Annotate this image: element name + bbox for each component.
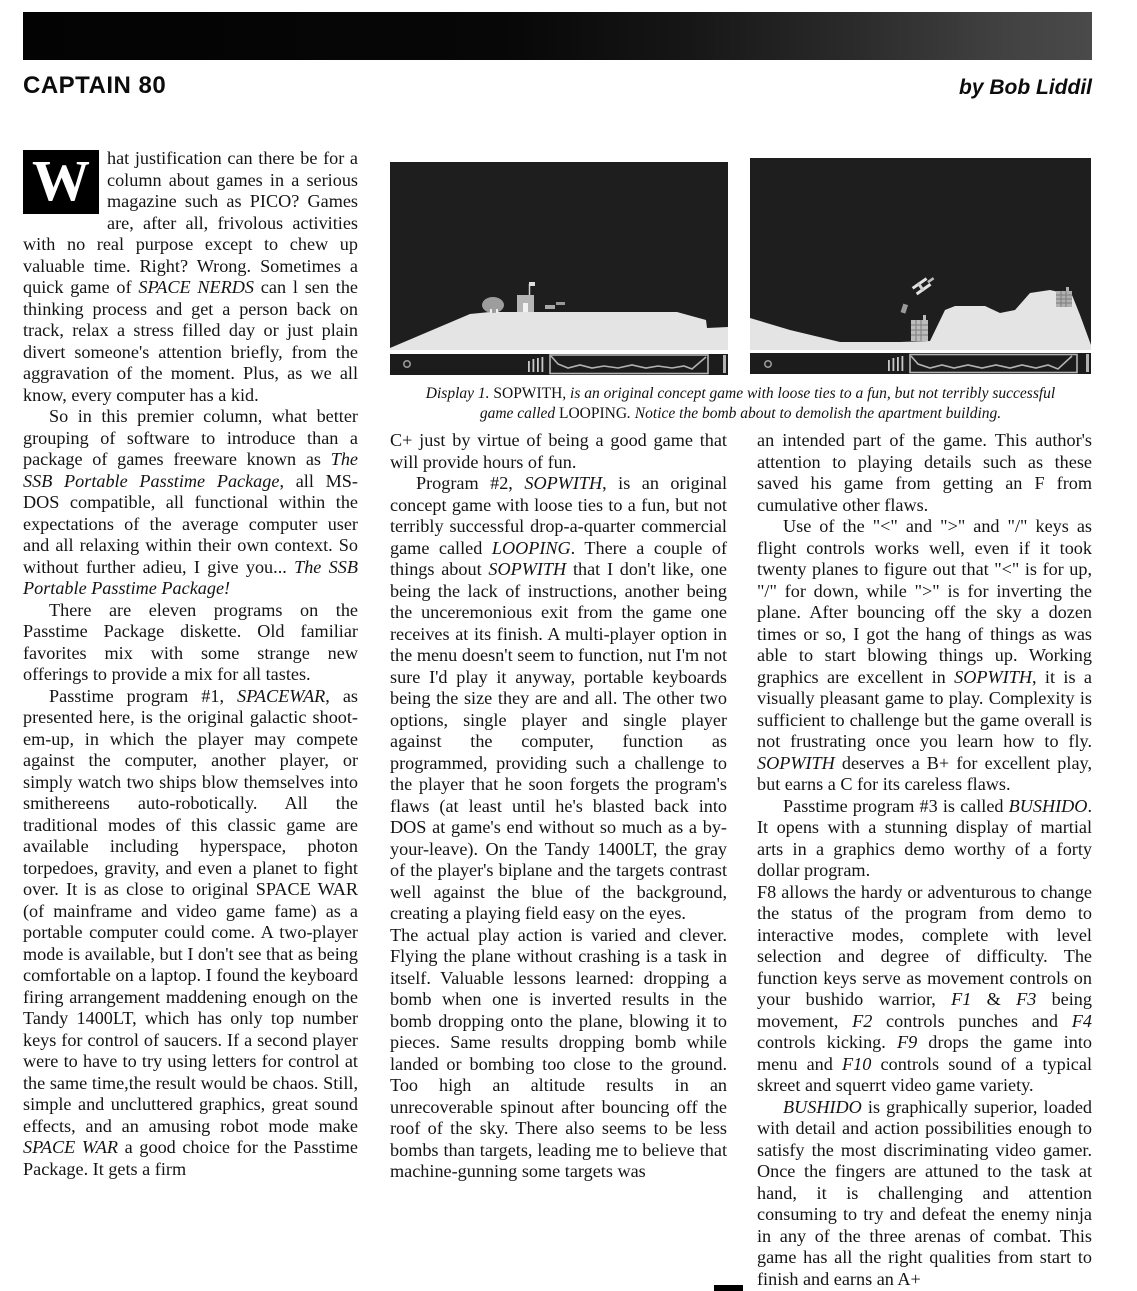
figure-caption: Display 1. SOPWITH, is an original conce… [390,384,1091,423]
article-column-2: C+ just by virtue of being a good game t… [390,430,727,1183]
drop-cap: W [23,150,99,214]
tree-trunk [490,309,492,313]
paragraph: There are eleven programs on the Passtim… [23,600,358,686]
top-rule-band [23,12,1092,60]
bar-end-tick [723,355,726,373]
article-column-1: W hat justification can there be for a c… [23,148,358,1180]
end-of-article-marker [714,1285,743,1291]
bar-end-tick [1086,354,1089,372]
byline: by Bob Liddil [959,76,1092,100]
paragraph: an intended part of the game. This autho… [757,430,1092,516]
figure-caption-line1: Display 1. SOPWITH, is an original conce… [390,384,1091,404]
parked-plane-icon [556,302,565,305]
article-column-3: an intended part of the game. This autho… [757,430,1092,1290]
tree-icon [482,297,504,313]
sopwith-screenshot-left [390,162,728,375]
figure-caption-line2: game called LOOPING. Notice the bomb abo… [390,404,1091,424]
paragraph: Program #2, SOPWITH, is an original conc… [390,473,727,925]
tree-trunk [496,309,498,313]
building-door [523,303,528,312]
sopwith-screenshot-right [750,158,1091,375]
paragraph: BUSHIDO is graphically superior, loaded … [757,1097,1092,1291]
paragraph: Passtime program #3 is called BUSHIDO. I… [757,796,1092,882]
paragraph: F8 allows the hardy or adventurous to ch… [757,882,1092,1097]
paragraph: The actual play action is varied and cle… [390,925,727,1183]
paragraph: C+ just by virtue of being a good game t… [390,430,727,473]
magazine-page: CAPTAIN 80 by Bob Liddil [0,0,1137,1291]
parked-plane-icon [545,305,555,309]
flag-icon [529,282,535,286]
paragraph: Use of the "<" and ">" and "/" keys as f… [757,516,1092,796]
paragraph: So in this premier column, what better g… [23,406,358,600]
page-title: CAPTAIN 80 [23,72,166,100]
status-bar [750,353,1091,374]
paragraph: Passtime program #1, SPACEWAR, as presen… [23,686,358,1181]
